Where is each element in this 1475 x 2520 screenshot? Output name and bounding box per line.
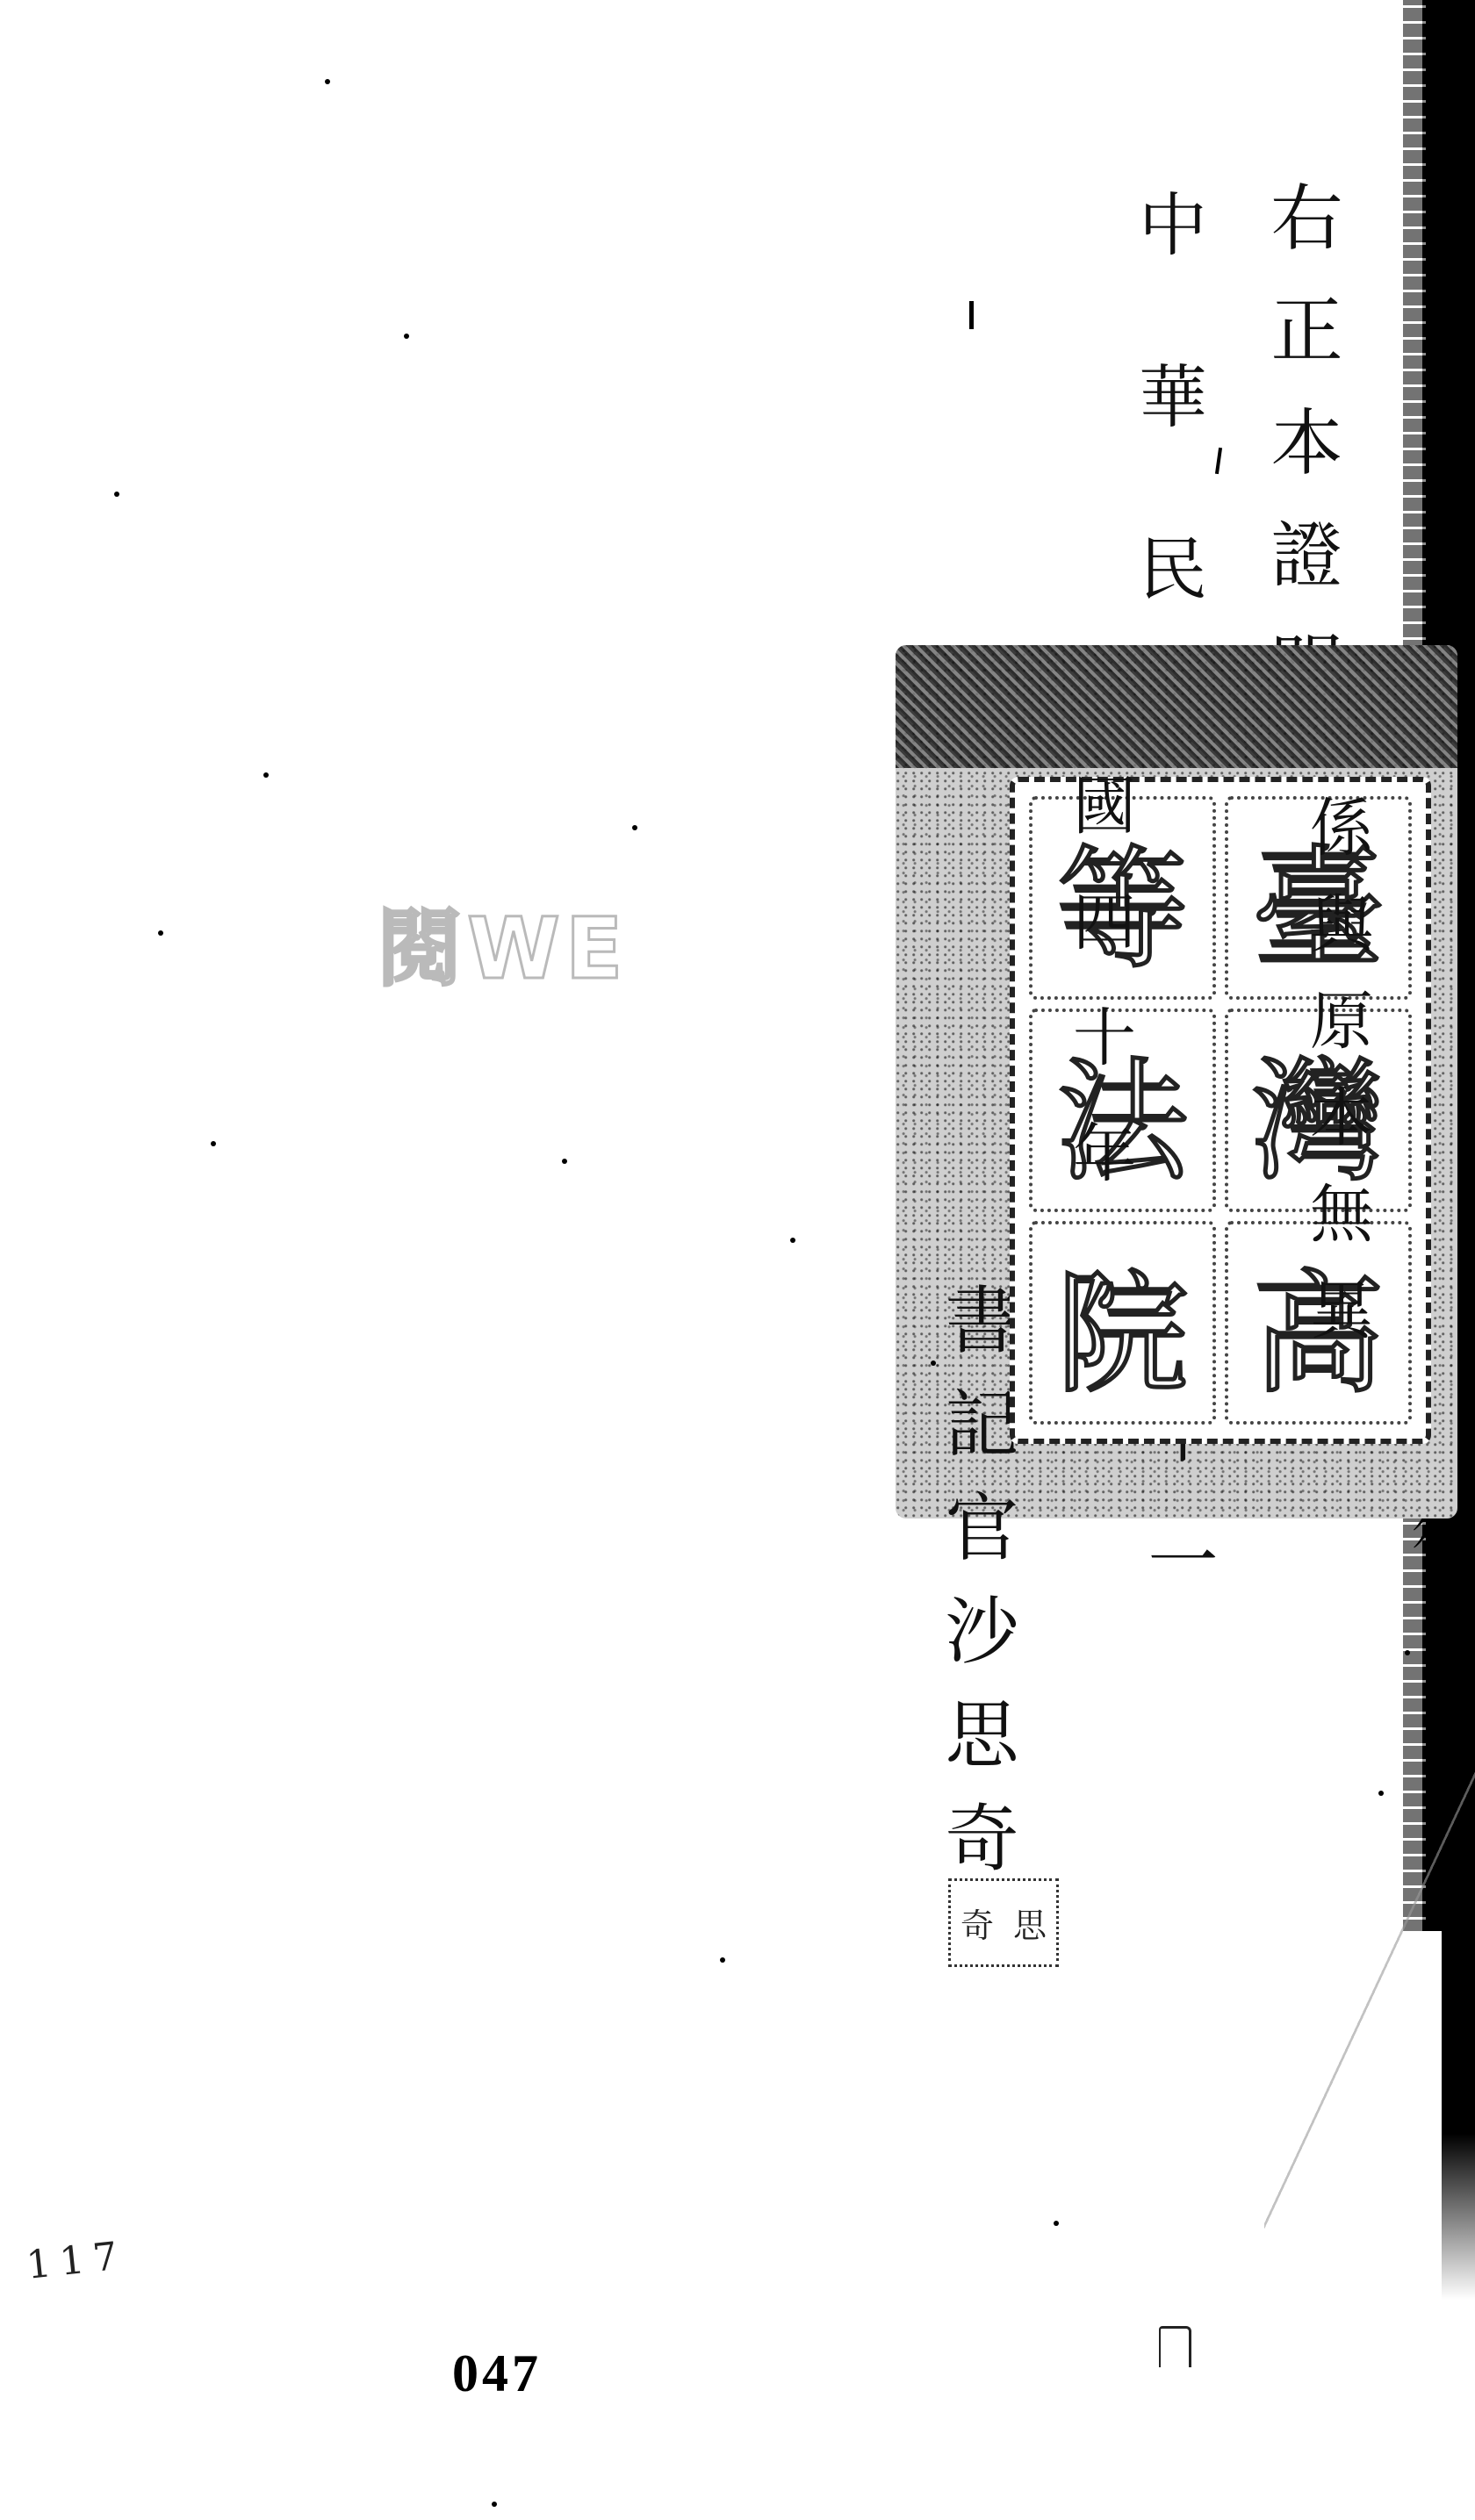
scan-speck	[720, 1957, 725, 1963]
torn-paper-edge	[1264, 1755, 1475, 2247]
pen-mark	[1215, 448, 1222, 474]
bleed-through-stamp: 閱WE	[378, 882, 799, 987]
corner-mark: 117	[25, 2233, 129, 2288]
date-text-upper: 中華民	[1133, 189, 1201, 705]
date-text-year: 國四十年	[1054, 772, 1145, 1236]
scan-speck	[790, 1238, 795, 1243]
certification-text-continued: 係與原本無異	[1291, 794, 1382, 1374]
scan-speck	[1378, 1791, 1384, 1796]
scan-speck	[158, 930, 163, 936]
scan-speck	[114, 492, 119, 497]
scan-speck	[931, 1361, 936, 1366]
clerk-seal: 奇 思	[948, 1878, 1059, 1967]
scan-speck	[562, 1159, 567, 1164]
scan-speck	[1405, 1650, 1410, 1655]
scan-speck	[492, 2502, 497, 2507]
clerk-seal-glyph: 思	[1013, 1899, 1047, 1947]
scan-speck	[211, 1141, 216, 1146]
page-number: 047	[452, 2344, 542, 2404]
clerk-seal-glyph: 奇	[961, 1899, 994, 1947]
clerk-signature: 書記官沙思奇	[939, 1282, 1013, 1903]
scan-speck	[632, 825, 637, 830]
scan-speck	[404, 334, 409, 339]
bottom-mark	[1159, 2326, 1191, 2367]
scan-speck	[1054, 2221, 1059, 2226]
pen-mark	[969, 301, 974, 329]
seal-glyph: 院	[1029, 1221, 1216, 1425]
scan-speck	[325, 79, 330, 84]
scan-speck	[263, 772, 269, 778]
